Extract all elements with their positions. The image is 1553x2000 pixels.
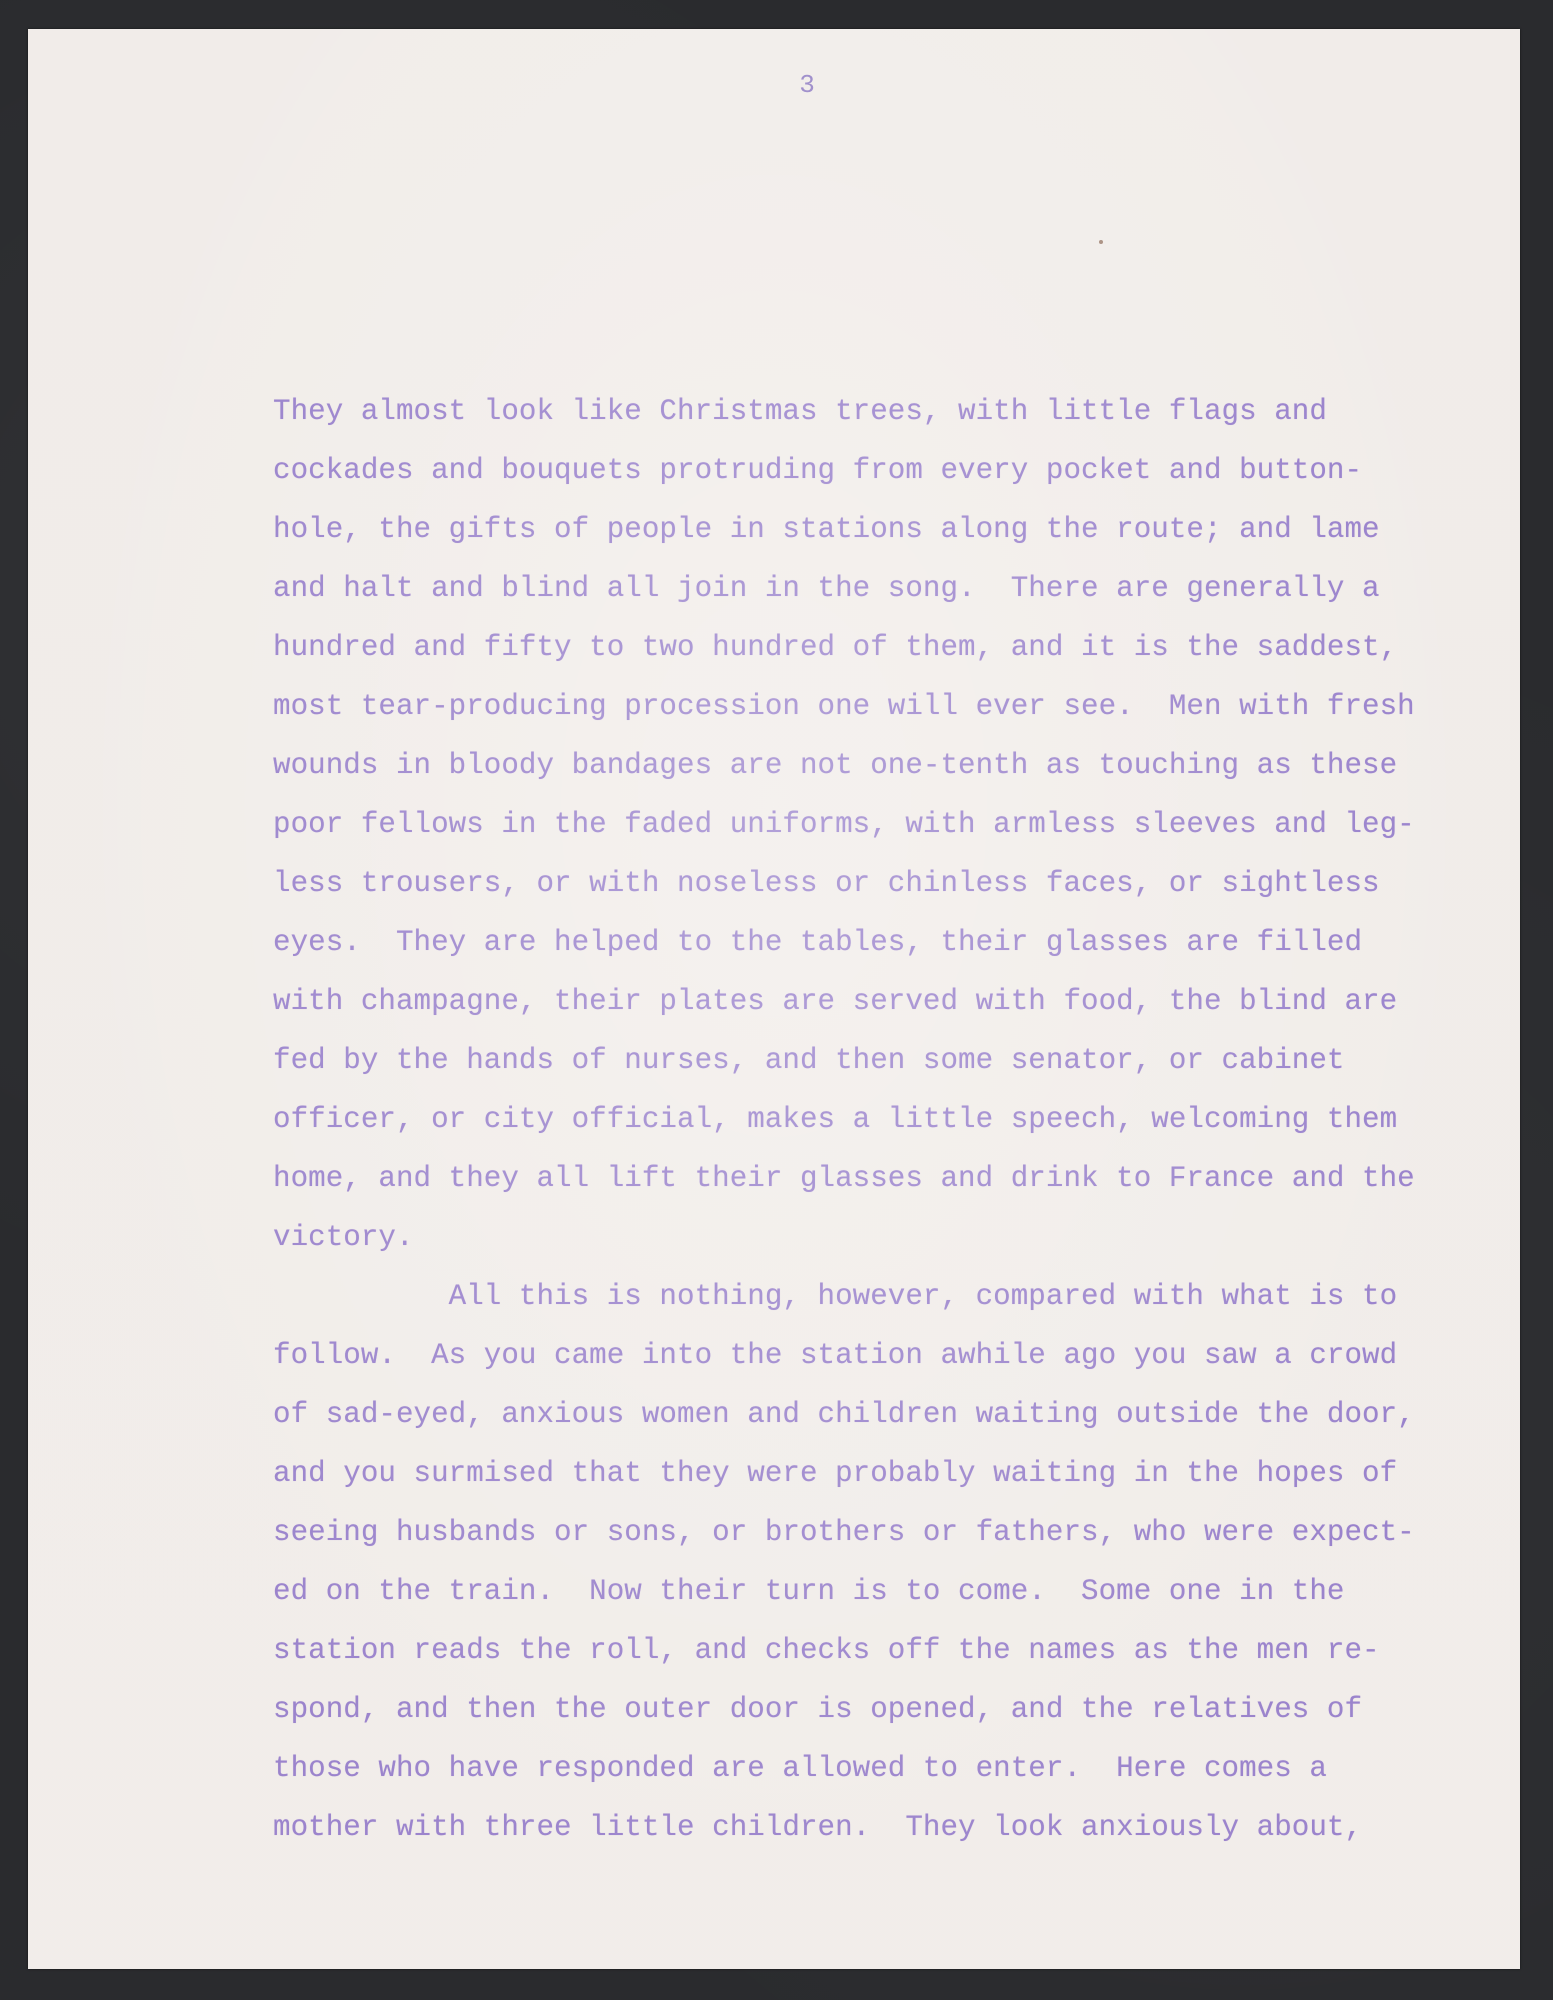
text-line: home, and they all lift their glasses an… xyxy=(273,1161,1415,1197)
text-line: hole, the gifts of people in stations al… xyxy=(273,512,1380,548)
text-line: station reads the roll, and checks off t… xyxy=(273,1633,1380,1669)
text-line: and you surmised that they were probably… xyxy=(273,1456,1397,1492)
text-line: less trousers, or with noseless or chinl… xyxy=(273,866,1380,902)
text-line: cockades and bouquets protruding from ev… xyxy=(273,453,1362,489)
text-line: fed by the hands of nurses, and then som… xyxy=(273,1043,1345,1079)
text-line: eyes. They are helped to the tables, the… xyxy=(273,925,1362,961)
typewritten-page: 3 They almost look like Christmas trees,… xyxy=(28,29,1520,1969)
text-line: ed on the train. Now their turn is to co… xyxy=(273,1574,1345,1610)
text-line: wounds in bloody bandages are not one-te… xyxy=(273,748,1397,784)
text-line: and halt and blind all join in the song.… xyxy=(273,571,1380,607)
text-line: of sad-eyed, anxious women and children … xyxy=(273,1397,1415,1433)
text-line: All this is nothing, however, compared w… xyxy=(273,1279,1397,1315)
text-line: spond, and then the outer door is opened… xyxy=(273,1692,1362,1728)
text-line: hundred and fifty to two hundred of them… xyxy=(273,630,1397,666)
text-line: seeing husbands or sons, or brothers or … xyxy=(273,1515,1415,1551)
text-line: officer, or city official, makes a littl… xyxy=(273,1102,1397,1138)
text-line: those who have responded are allowed to … xyxy=(273,1751,1327,1787)
text-line: They almost look like Christmas trees, w… xyxy=(273,394,1327,430)
paper-blemish xyxy=(1099,240,1103,244)
text-line: follow. As you came into the station awh… xyxy=(273,1338,1397,1374)
page-number: 3 xyxy=(797,69,817,101)
text-line: poor fellows in the faded uniforms, with… xyxy=(273,807,1415,843)
text-line: most tear-producing procession one will … xyxy=(273,689,1415,725)
text-line: with champagne, their plates are served … xyxy=(273,984,1397,1020)
text-line: mother with three little children. They … xyxy=(273,1810,1362,1846)
text-line: victory. xyxy=(273,1220,414,1256)
